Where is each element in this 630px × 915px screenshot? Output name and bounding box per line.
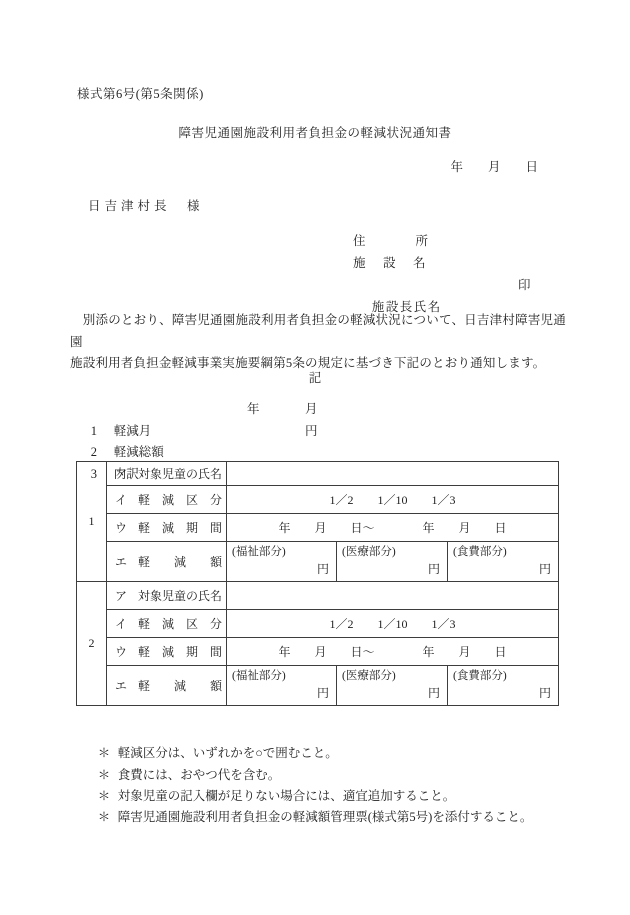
group-number: 1: [77, 462, 107, 582]
row-label-text: 対象児童の氏名: [138, 467, 222, 481]
row-label-text: 軽 減 期 間: [138, 521, 222, 535]
breakdown-table: 1 ア対象児童の氏名 イ軽 減 区 分 1／2 1／10 1／3 ウ軽 減 期 …: [76, 461, 559, 706]
amount-unit: 円: [448, 559, 558, 576]
footnote-text: 軽減区分は、いずれかを○で囲むこと。: [118, 746, 338, 760]
amount-unit: 円: [337, 559, 447, 576]
amount-cell-medical: (医療部分) 円: [337, 542, 448, 582]
footnote-item: ＊軽減区分は、いずれかを○で囲むこと。: [79, 722, 559, 743]
footnote-text: 対象児童の記入欄が足りない場合には、適宜追加すること。: [118, 789, 456, 803]
row-label-reduction-period: ウ軽 減 期 間: [107, 638, 227, 666]
page-title: 障害児通園施設利用者負担金の軽減状況通知書: [0, 123, 630, 141]
row-label-text: 軽 減 期 間: [138, 645, 222, 659]
row-label-reduction-amount: エ軽 減 額: [107, 542, 227, 582]
sender-address-label: 住 所: [353, 230, 563, 252]
row-key: ア: [115, 587, 138, 604]
body-paragraph: 別添のとおり、障害児通園施設利用者負担金の軽減状況について、日吉津村障害児通園 …: [70, 310, 566, 375]
group-number: 2: [77, 582, 107, 706]
summary-item-reduction-total: 2軽減総額 円: [72, 421, 560, 443]
document-page: 様式第6号(第5条関係) 障害児通園施設利用者負担金の軽減状況通知書 年 月 日…: [0, 0, 630, 915]
row-label-text: 軽 減 区 分: [138, 493, 222, 507]
amount-cell-meal: (食費部分) 円: [448, 666, 559, 706]
amount-cell-meal: (食費部分) 円: [448, 542, 559, 582]
footnote-text: 食費には、おやつ代を含む。: [118, 768, 281, 782]
note-bullet: ＊: [98, 743, 118, 764]
amount-unit: 円: [448, 683, 558, 700]
child-name-field: [227, 462, 559, 486]
row-label-child-name: ア対象児童の氏名: [107, 462, 227, 486]
reduction-category-options: 1／2 1／10 1／3: [227, 610, 559, 638]
note-bullet: ＊: [98, 807, 118, 828]
amount-unit: 円: [227, 559, 336, 576]
amount-caption: (医療部分): [337, 666, 447, 683]
summary-item-reduction-month: 1軽減月 年 月: [72, 399, 560, 421]
amount-caption: (医療部分): [337, 542, 447, 559]
row-label-reduction-period: ウ軽 減 期 間: [107, 514, 227, 542]
amount-caption: (福祉部分): [227, 542, 336, 559]
reduction-period-field: 年 月 日～ 年 月 日: [227, 514, 559, 542]
row-key: イ: [115, 491, 138, 508]
summary-unit-year: 年: [247, 399, 260, 421]
table-row: イ軽 減 区 分 1／2 1／10 1／3: [77, 486, 559, 514]
sender-facility-label: 施 設 名: [353, 252, 563, 274]
amount-caption: (食費部分): [448, 542, 558, 559]
footnotes: ＊軽減区分は、いずれかを○で囲むこと。 ＊食費には、おやつ代を含む。 ＊対象児童…: [79, 722, 559, 807]
amount-unit: 円: [227, 683, 336, 700]
sender-block: 住 所 施 設 名 施設長氏名 印: [353, 230, 563, 296]
row-label-reduction-amount: エ軽 減 額: [107, 666, 227, 706]
seal-mark: 印: [518, 274, 531, 296]
summary-list: 1軽減月 年 月 2軽減総額 円 3内訳: [72, 399, 560, 464]
amount-unit: 円: [337, 683, 447, 700]
row-key: エ: [115, 677, 138, 694]
addressee-line: 日吉津村長 様: [88, 196, 204, 214]
amount-cell-medical: (医療部分) 円: [337, 666, 448, 706]
child-name-field: [227, 582, 559, 610]
amount-caption: (福祉部分): [227, 666, 336, 683]
row-key: エ: [115, 553, 138, 570]
summary-unit-yen: 円: [305, 421, 318, 443]
amount-caption: (食費部分): [448, 666, 558, 683]
row-label-child-name: ア対象児童の氏名: [107, 582, 227, 610]
row-label-reduction-category: イ軽 減 区 分: [107, 610, 227, 638]
table-row: エ軽 減 額 (福祉部分) 円 (医療部分) 円 (食費部分) 円: [77, 542, 559, 582]
row-label-text: 対象児童の氏名: [138, 589, 222, 603]
row-label-text: 軽 減 額: [138, 555, 222, 569]
footnote-text: 障害児通園施設利用者負担金の軽減額管理票(様式第5号)を添付すること。: [118, 810, 533, 824]
table-row: 1 ア対象児童の氏名: [77, 462, 559, 486]
note-bullet: ＊: [98, 765, 118, 786]
date-placeholder: 年 月 日: [450, 157, 538, 175]
amount-cell-welfare: (福祉部分) 円: [227, 666, 337, 706]
summary-unit-month: 月: [305, 399, 318, 421]
table-row: ウ軽 減 期 間 年 月 日～ 年 月 日: [77, 638, 559, 666]
table-row: ウ軽 減 期 間 年 月 日～ 年 月 日: [77, 514, 559, 542]
row-key: イ: [115, 615, 138, 632]
reduction-period-field: 年 月 日～ 年 月 日: [227, 638, 559, 666]
row-label-reduction-category: イ軽 減 区 分: [107, 486, 227, 514]
row-key: ア: [115, 465, 138, 482]
amount-cell-welfare: (福祉部分) 円: [227, 542, 337, 582]
form-number: 様式第6号(第5条関係): [77, 84, 204, 102]
table-row: イ軽 減 区 分 1／2 1／10 1／3: [77, 610, 559, 638]
row-key: ウ: [115, 643, 138, 660]
row-key: ウ: [115, 519, 138, 536]
note-bullet: ＊: [98, 786, 118, 807]
table-row: 2 ア対象児童の氏名: [77, 582, 559, 610]
record-heading: 記: [0, 368, 630, 386]
row-label-text: 軽 減 額: [138, 679, 222, 693]
table-row: エ軽 減 額 (福祉部分) 円 (医療部分) 円 (食費部分) 円: [77, 666, 559, 706]
reduction-category-options: 1／2 1／10 1／3: [227, 486, 559, 514]
row-label-text: 軽 減 区 分: [138, 617, 222, 631]
